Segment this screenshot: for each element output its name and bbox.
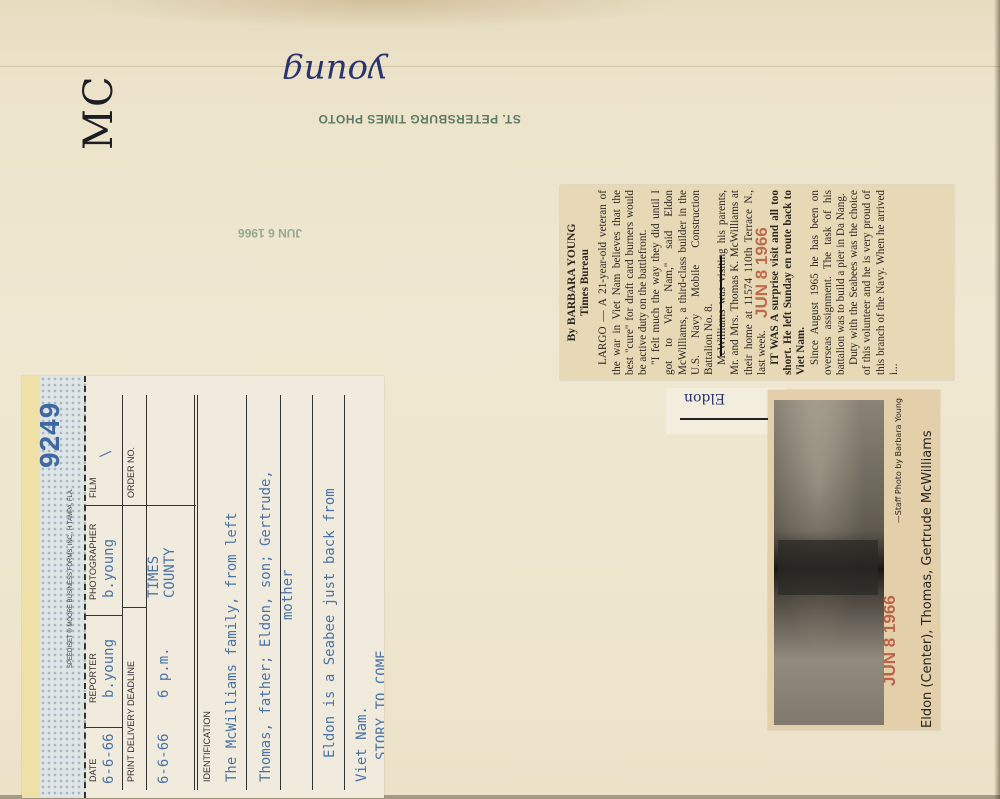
date-value: 6-6-66 [101, 733, 117, 784]
form-rule [86, 505, 196, 506]
photo-order-form: 9249 SPEEDISET ® MOORE BUSINESS FORMS, I… [22, 376, 384, 798]
printer-imprint: SPEEDISET ® MOORE BUSINESS FORMS, INC., … [68, 488, 74, 668]
water-stain [80, 0, 680, 30]
photo-clipping: —Staff Photo by Barbara Young Eldon (Cen… [768, 390, 940, 730]
handwritten-name: young [282, 52, 387, 92]
handwritten-eldon: Eldon [684, 390, 725, 406]
film-label: FILM [88, 477, 98, 498]
photographer-label: PHOTOGRAPHER [88, 524, 98, 600]
identification-line: Thomas, father; Eldon, son; Gertrude, [258, 470, 274, 782]
date-label: DATE [88, 759, 98, 782]
form-rule [86, 727, 122, 728]
deadline-time-value: 6 p.m. [156, 647, 172, 698]
identification-label: IDENTIFICATION [202, 711, 212, 782]
form-rule [344, 395, 345, 790]
photo-caption: Eldon (Center), Thomas, Gertrude McWilli… [920, 398, 935, 728]
deadline-date-value: 6-6-66 [156, 733, 172, 784]
article-paragraph: IT WAS A surprise visit and all too shor… [769, 190, 809, 375]
identification-line: STORY TO COME [374, 650, 384, 760]
received-date-stamp: JUN 6 1966 [238, 226, 302, 240]
article-byline: By BARBARA YOUNG [566, 190, 579, 375]
form-rule [122, 607, 146, 608]
article-paragraph: Duty with the Seabees was the choice of … [848, 190, 901, 375]
page-edge [994, 0, 1000, 799]
identification-line: The McWilliams family, from left [224, 512, 240, 782]
order-no-value-1: TIMES [146, 556, 162, 598]
reporter-label: REPORTER [88, 653, 98, 703]
article-paragraph: Since August 1965 he has been on oversea… [809, 190, 849, 375]
publisher-stamp: ST. PETERSBURG TIMES PHOTO [318, 112, 521, 126]
form-body: 9249 SPEEDISET ® MOORE BUSINESS FORMS, I… [84, 376, 384, 798]
fold-line [0, 66, 1000, 67]
article-date-stamp: JUN 8 1966 [752, 227, 772, 318]
article-bureau: Times Bureau [579, 190, 592, 375]
photographer-value: b.young [101, 539, 117, 598]
reporter-value: b.young [101, 639, 117, 698]
photo-shadow [778, 540, 878, 595]
form-rule [197, 395, 198, 790]
form-rule [122, 395, 123, 790]
order-no-value-2: COUNTY [162, 547, 178, 598]
identification-line: Eldon is a Seabee just back from [322, 488, 338, 758]
identification-line: mother [280, 569, 296, 620]
identification-line: Viet Nam. [354, 706, 370, 782]
article-paragraph: "I felt much the way they did until I go… [650, 190, 716, 375]
form-rule [86, 615, 122, 616]
article-paragraph: LARGO — A 21-year-old veteran of the war… [597, 190, 650, 375]
form-number: 9249 [34, 402, 66, 468]
form-rule [246, 395, 247, 790]
order-no-label: ORDER NO. [126, 447, 136, 498]
form-rule [312, 395, 313, 790]
pen-mark [720, 256, 722, 356]
film-value: \ [98, 450, 114, 458]
photo-date-stamp: JUN 8 1966 [880, 595, 900, 686]
deadline-label: PRINT DELIVERY DEADLINE [126, 661, 136, 782]
handwritten-initials: MC [76, 74, 122, 150]
form-rule [194, 395, 195, 790]
